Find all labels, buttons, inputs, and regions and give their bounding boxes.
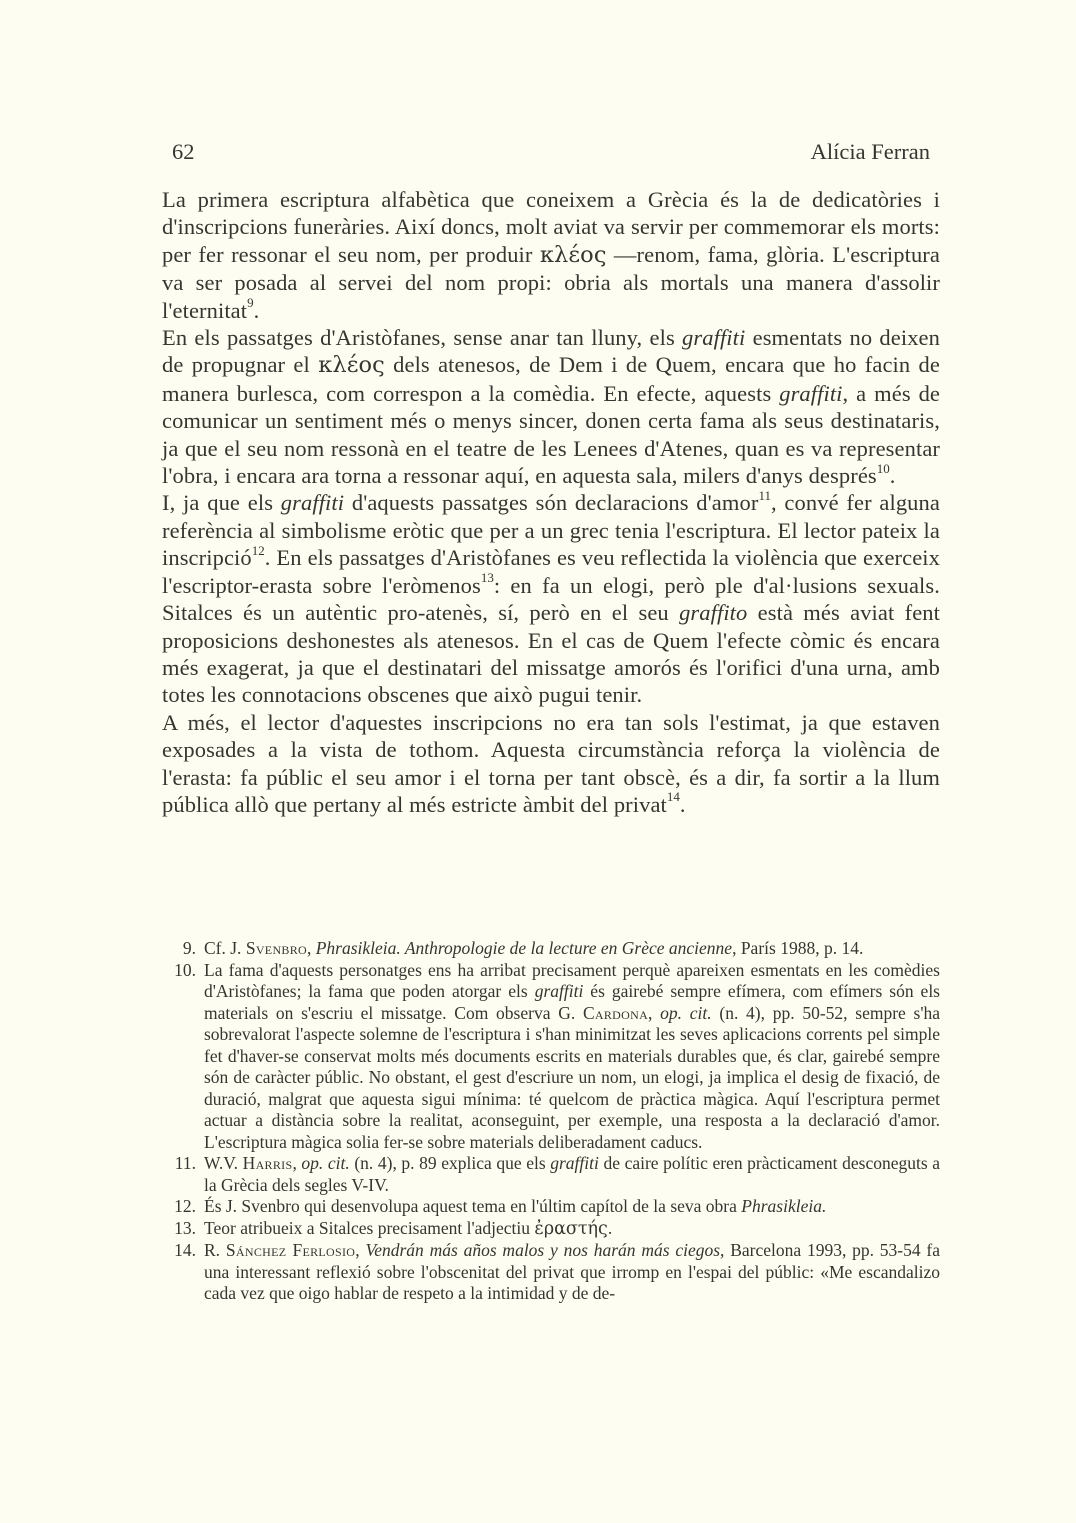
footnote-number: 13. (162, 1218, 196, 1240)
footnote-number: 11. (162, 1153, 196, 1175)
footnotes: 9.Cf. J. Svenbro, Phrasikleia. Anthropol… (162, 938, 940, 1305)
footnote-ref: 14 (667, 789, 680, 804)
footnote-ref: 13 (481, 570, 494, 585)
text-segment: És J. Svenbro qui desenvolupa aquest tem… (204, 1196, 741, 1216)
text-segment: op. cit. (660, 1003, 711, 1023)
text-segment: graffiti (682, 325, 745, 350)
text-segment: , París 1988, p. 14. (732, 938, 863, 958)
text-segment: W.V. (204, 1153, 243, 1173)
page-header: 62 Alícia Ferran (172, 139, 930, 165)
text-segment: Sánchez Ferlosio (226, 1240, 355, 1260)
text-segment: (n. 4), pp. 50-52, sempre s'ha sobrevalo… (204, 1003, 940, 1152)
text-segment: , (648, 1003, 660, 1023)
text-segment: En els passatges d'Aristòfanes, sense an… (162, 325, 682, 350)
text-segment: Phrasikleia. (741, 1196, 826, 1216)
text-segment: graffiti (535, 981, 584, 1001)
running-head: Alícia Ferran (811, 139, 930, 165)
text-segment: . (254, 298, 260, 323)
footnote-text: La fama d'aquests personatges ens ha arr… (204, 960, 940, 1152)
text-segment: . (680, 792, 686, 817)
page-number: 62 (172, 139, 195, 165)
text-segment: I, ja que els (162, 490, 281, 515)
text-segment: (n. 4), p. 89 explica que els (350, 1153, 551, 1173)
footnote-number: 9. (162, 938, 196, 960)
text-segment: Cardona (583, 1003, 648, 1023)
body-paragraph: La primera escriptura alfabètica que con… (162, 186, 940, 324)
text-segment: A més, el lector d'aquestes inscripcions… (162, 710, 940, 817)
footnote-item: 14.R. Sánchez Ferlosio, Vendrán más años… (162, 1240, 940, 1305)
footnote-item: 11.W.V. Harris, op. cit. (n. 4), p. 89 e… (162, 1153, 940, 1196)
footnote-number: 12. (162, 1196, 196, 1218)
footnote-ref: 10 (877, 461, 890, 476)
text-segment: R. (204, 1240, 226, 1260)
text-segment: . (608, 1218, 612, 1238)
footnote-item: 12.És J. Svenbro qui desenvolupa aquest … (162, 1196, 940, 1218)
text-segment: graffiti (550, 1153, 599, 1173)
text-segment: κλέος (540, 242, 607, 268)
text-segment: ἐραστής (534, 1219, 607, 1239)
footnote-ref: 12 (252, 543, 265, 558)
footnote-ref: 11 (758, 488, 771, 503)
footnote-text: W.V. Harris, op. cit. (n. 4), p. 89 expl… (204, 1153, 940, 1195)
text-segment: graffito (679, 600, 747, 625)
text-segment: Cf. J. (204, 938, 246, 958)
text-segment: . (890, 463, 896, 488)
body-paragraph: I, ja que els graffiti d'aquests passatg… (162, 489, 940, 708)
footnote-text: Cf. J. Svenbro, Phrasikleia. Anthropolog… (204, 938, 863, 958)
text-segment: , (307, 938, 316, 958)
footnote-number: 14. (162, 1240, 196, 1262)
footnote-item: 10.La fama d'aquests personatges ens ha … (162, 960, 940, 1154)
text-segment: Harris (243, 1153, 293, 1173)
text-segment: graffiti (779, 381, 842, 406)
text-segment: κλέος (318, 352, 385, 378)
footnote-ref: 9 (247, 295, 254, 310)
footnote-text: R. Sánchez Ferlosio, Vendrán más años ma… (204, 1240, 940, 1303)
scanned-page: 62 Alícia Ferran La primera escriptura a… (0, 0, 1076, 1523)
text-segment: Vendrán más años malos y nos harán más c… (365, 1240, 720, 1260)
footnote-item: 9.Cf. J. Svenbro, Phrasikleia. Anthropol… (162, 938, 940, 960)
footnote-text: És J. Svenbro qui desenvolupa aquest tem… (204, 1196, 826, 1216)
footnote-text: Teor atribueix a Sitalces precisament l'… (204, 1218, 612, 1238)
text-segment: Teor atribueix a Sitalces precisament l'… (204, 1218, 534, 1238)
text-segment: Svenbro (246, 938, 307, 958)
text-segment: , (355, 1240, 365, 1260)
body-paragraph: En els passatges d'Aristòfanes, sense an… (162, 324, 940, 489)
footnote-number: 10. (162, 960, 196, 982)
footnote-item: 13.Teor atribueix a Sitalces precisament… (162, 1218, 940, 1241)
text-segment: Phrasikleia. Anthropologie de la lecture… (316, 938, 732, 958)
body-text: La primera escriptura alfabètica que con… (162, 186, 940, 818)
text-segment: graffiti (281, 490, 344, 515)
text-segment: d'aquests passatges són declaracions d'a… (344, 490, 758, 515)
text-segment: op. cit. (301, 1153, 349, 1173)
body-paragraph: A més, el lector d'aquestes inscripcions… (162, 709, 940, 819)
